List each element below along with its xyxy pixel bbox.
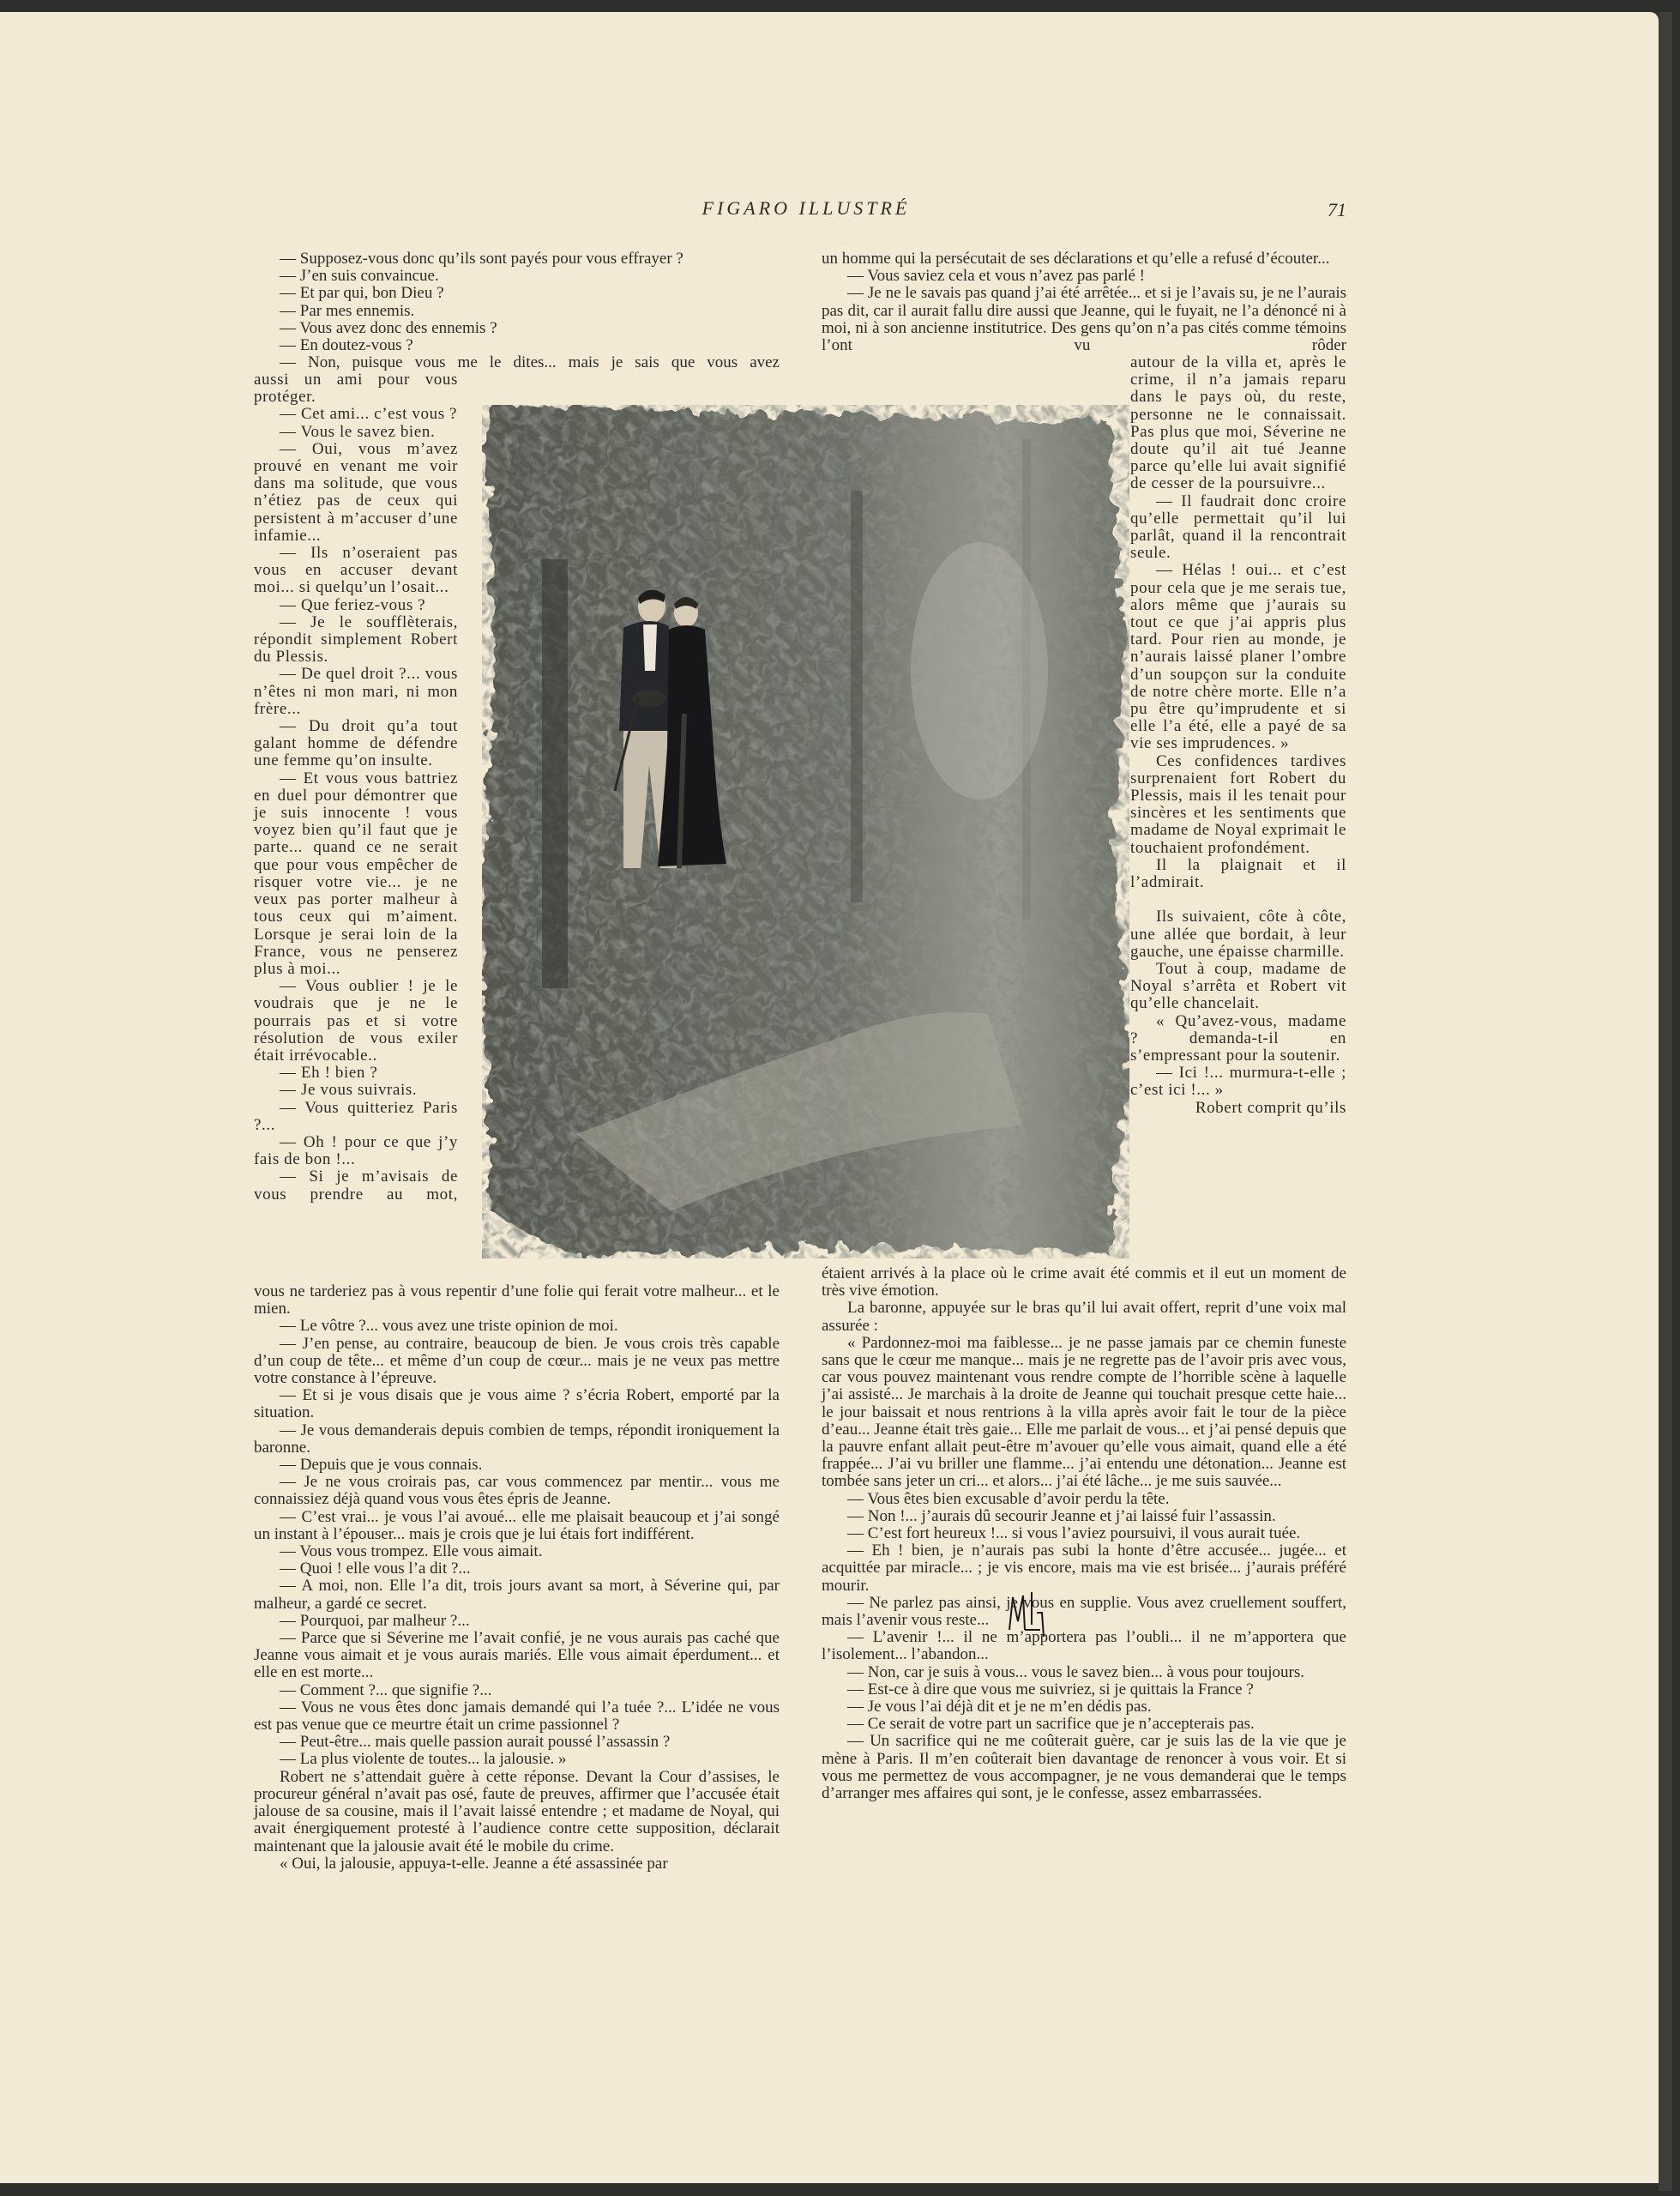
paragraph: — Un sacrifice qui ne me coûterait guère… <box>822 1733 1346 1802</box>
paragraph: — Vous vous trompez. Elle vous aimait. <box>254 1543 780 1560</box>
paragraph: — En doutez-vous ? <box>254 337 780 354</box>
paragraph: Ces confidences tardives surprenaient fo… <box>1130 753 1346 857</box>
paragraph: vous ne tarderiez pas à vous repentir d’… <box>254 1283 780 1318</box>
paragraph: — Non !... j’aurais dû secourir Jeanne e… <box>822 1508 1346 1525</box>
paragraph: — Je vous suivrais. <box>254 1082 458 1099</box>
paragraph: — C’est fort heureux !... si vous l’avie… <box>822 1525 1346 1542</box>
page-number: 71 <box>1328 199 1346 221</box>
paragraph: — Vous ne vous êtes donc jamais demandé … <box>254 1699 780 1734</box>
paragraph: — Il faudrait donc croire qu’elle permet… <box>1130 493 1346 563</box>
forest-couple-illustration <box>473 388 1134 1271</box>
paragraph: — Et vous vous battriez en duel pour dém… <box>254 770 458 978</box>
paragraph: — Je vous demanderais depuis combien de … <box>254 1422 780 1457</box>
paragraph: — Peut-être... mais quelle passion aurai… <box>254 1734 780 1751</box>
paragraph: « Qu’avez-vous, madame ? demanda-t-il en… <box>1130 1013 1346 1065</box>
paragraph: — Le vôtre ?... vous avez une triste opi… <box>254 1318 780 1335</box>
paragraph: — Quoi ! elle vous l’a dit ?... <box>254 1560 780 1578</box>
paragraph: — Parce que si Séverine me l’avait confi… <box>254 1630 780 1682</box>
paragraph: — Je ne le savais pas quand j’ai été arr… <box>822 285 1346 354</box>
paragraph: — De quel droit ?... vous n’êtes ni mon … <box>254 666 458 718</box>
paragraph: — Vous avez donc des ennemis ? <box>254 320 780 337</box>
paragraph: — Vous êtes bien excusable d’avoir perdu… <box>822 1491 1346 1508</box>
paragraph: un homme qui la persécutait de ses décla… <box>822 250 1346 268</box>
right-column-bottom: étaient arrivés à la place où le crime a… <box>822 1265 1346 1802</box>
paragraph: « Oui, la jalousie, appuya-t-elle. Jeann… <box>254 1855 780 1873</box>
paragraph: — Et si je vous disais que je vous aime … <box>254 1387 780 1421</box>
left-column-top: — Supposez-vous donc qu’ils sont payés p… <box>254 250 780 371</box>
paragraph: — Hélas ! oui... et c’est pour cela que … <box>1130 562 1346 752</box>
paragraph: — Vous oublier ! je le voudrais que je n… <box>254 978 458 1065</box>
paragraph: — Que feriez-vous ? <box>254 597 458 614</box>
scan-edge <box>1659 12 1672 2191</box>
paragraph: aussi un ami pour vous protéger. <box>254 371 458 406</box>
paragraph: Robert comprit qu’ils <box>1130 1100 1346 1117</box>
paragraph: — Eh ! bien, je n’aurais pas subi la hon… <box>822 1542 1346 1595</box>
paragraph: — Pourquoi, par malheur ?... <box>254 1613 780 1630</box>
paragraph: — Vous le savez bien. <box>254 424 458 441</box>
paragraph: — Ne parlez pas ainsi, je vous en suppli… <box>822 1595 1346 1629</box>
paragraph: — Ce serait de votre part un sacrifice q… <box>822 1716 1346 1733</box>
paragraph: — Je le soufflèterais, répondit simpleme… <box>254 614 458 667</box>
paragraph: — Vous quitteriez Paris ?... <box>254 1100 458 1134</box>
paragraph: — Non, car je suis à vous... vous le sav… <box>822 1664 1346 1681</box>
paragraph: — Est-ce à dire que vous me suivriez, si… <box>822 1681 1346 1698</box>
left-column-narrow: aussi un ami pour vous protéger. — Cet a… <box>254 371 458 1204</box>
paragraph: — Oh ! pour ce que j’y fais de bon !... <box>254 1134 458 1168</box>
paragraph: Ils suivaient, côte à côte, une allée qu… <box>1130 908 1346 961</box>
paragraph: — Supposez-vous donc qu’ils sont payés p… <box>254 250 780 268</box>
paragraph: La baronne, appuyée sur le bras qu’il lu… <box>822 1300 1346 1334</box>
paragraph: — Je vous l’ai déjà dit et je ne m’en dé… <box>822 1698 1346 1716</box>
paragraph: « Pardonnez-moi ma faiblesse... je ne pa… <box>822 1335 1346 1491</box>
paragraph: étaient arrivés à la place où le crime a… <box>822 1265 1346 1300</box>
paragraph: — Et par qui, bon Dieu ? <box>254 285 780 302</box>
paragraph: — Si je m’avisais de vous prendre au mot… <box>254 1168 458 1203</box>
paragraph: autour de la villa et, après le crime, i… <box>1130 354 1346 493</box>
paragraph: — J’en suis convaincue. <box>254 268 780 285</box>
paragraph: — Ils n’oseraient pas vous en accuser de… <box>254 545 458 597</box>
paragraph: — A moi, non. Elle l’a dit, trois jours … <box>254 1578 780 1612</box>
paragraph: — Oui, vous m’avez prouvé en venant me v… <box>254 441 458 545</box>
right-column-narrow: autour de la villa et, après le crime, i… <box>1130 354 1346 1117</box>
left-column-bottom: vous ne tarderiez pas à vous repentir d’… <box>254 1283 780 1873</box>
paragraph: Tout à coup, madame de Noyal s’arrêta et… <box>1130 961 1346 1013</box>
paragraph: — L’avenir !... il ne m’apportera pas l’… <box>822 1629 1346 1663</box>
paragraph: — Depuis que je vous connais. <box>254 1457 780 1474</box>
right-column-top: un homme qui la persécutait de ses décla… <box>822 250 1346 354</box>
paragraph: — La plus violente de toutes... la jalou… <box>254 1751 780 1768</box>
paragraph: — Non, puisque vous me le dites... mais … <box>254 354 780 371</box>
paragraph: Robert ne s’attendait guère à cette répo… <box>254 1769 780 1855</box>
paragraph: — Vous saviez cela et vous n’avez pas pa… <box>822 268 1346 285</box>
paragraph: — Cet ami... c’est vous ? <box>254 406 458 423</box>
paragraph: — Ici !... murmura-t-elle ; c’est ici !.… <box>1130 1065 1346 1099</box>
paragraph: — Eh ! bien ? <box>254 1065 458 1082</box>
paragraph: — Par mes ennemis. <box>254 303 780 320</box>
paragraph: — C’est vrai... je vous l’ai avoué... el… <box>254 1509 780 1543</box>
running-header: FIGARO ILLUSTRÉ <box>600 197 1012 220</box>
paragraph: — Je ne vous croirais pas, car vous comm… <box>254 1474 780 1508</box>
paragraph: — Du droit qu’a tout galant homme de déf… <box>254 718 458 770</box>
paragraph: — J’en pense, au contraire, beaucoup de … <box>254 1336 780 1388</box>
paragraph: Il la plaignait et il l’admirait. <box>1130 857 1346 891</box>
paragraph: — Comment ?... que signifie ?... <box>254 1682 780 1699</box>
